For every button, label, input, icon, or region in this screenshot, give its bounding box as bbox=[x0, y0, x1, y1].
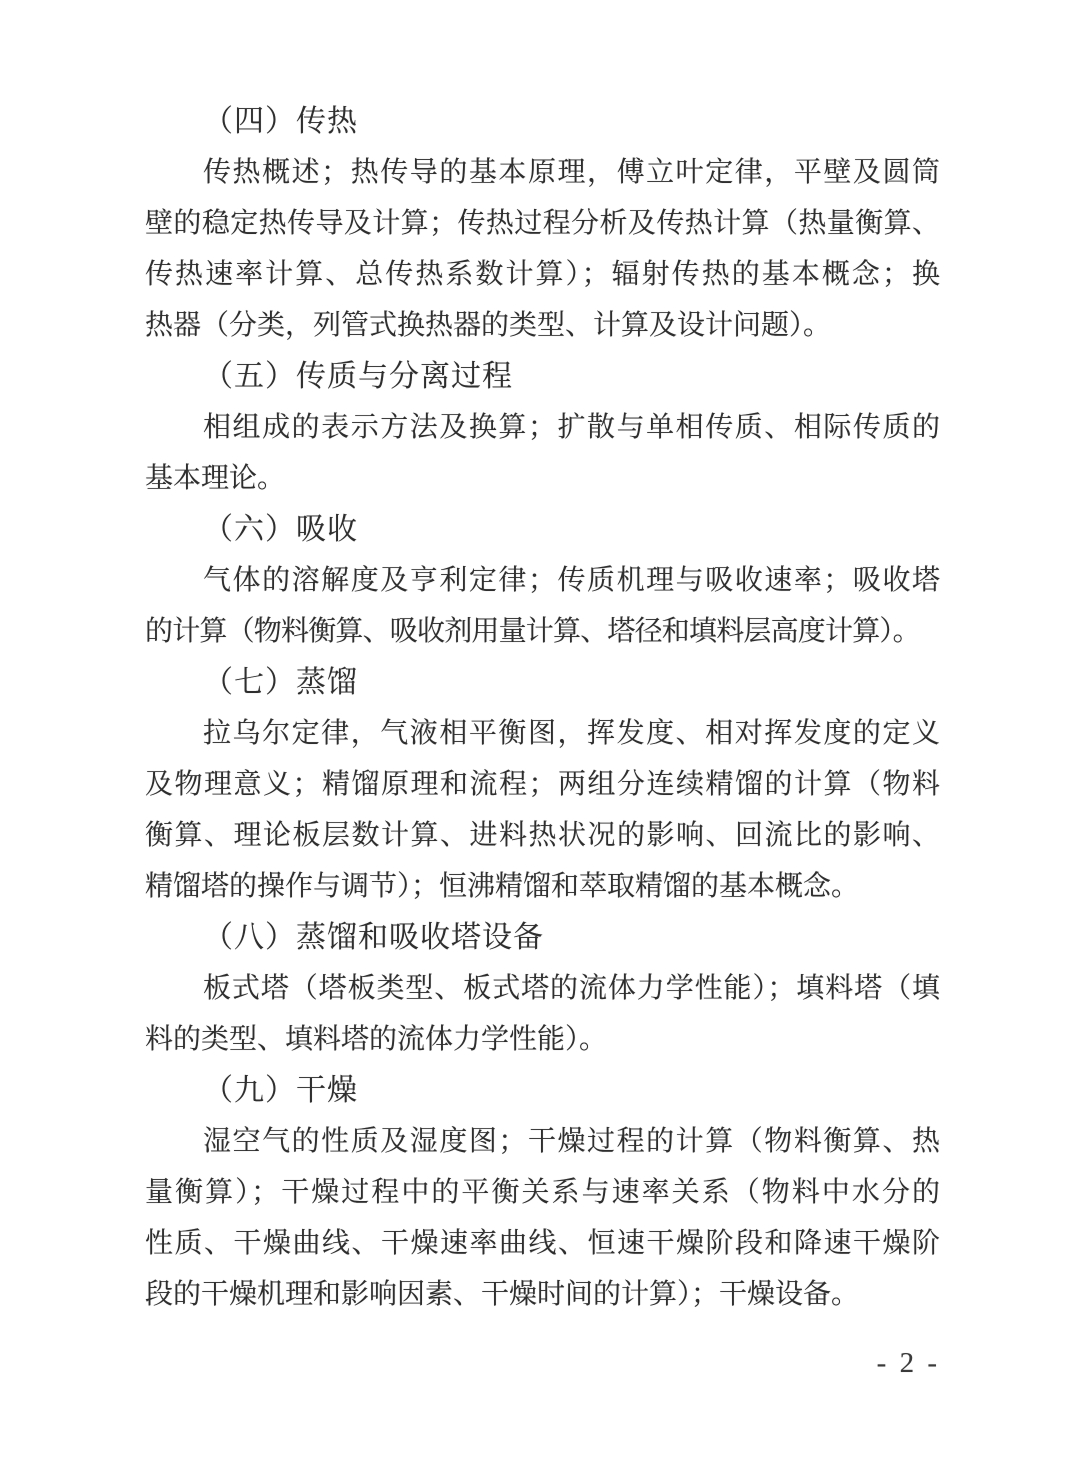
section-heading: （五）传质与分离过程 bbox=[145, 351, 940, 402]
body-line: 拉乌尔定律，气液相平衡图，挥发度、相对挥发度的定义 bbox=[145, 708, 940, 759]
body-line: 段的干燥机理和影响因素、干燥时间的计算）；干燥设备。 bbox=[145, 1269, 940, 1320]
section-heading: （九）干燥 bbox=[145, 1065, 940, 1116]
section-heading: （四）传热 bbox=[145, 96, 940, 147]
text-block: （四）传热 传热概述；热传导的基本原理，傅立叶定律，平壁及圆筒 壁的稳定热传导及… bbox=[145, 96, 940, 1320]
body-line: 板式塔（塔板类型、板式塔的流体力学性能）；填料塔（填 bbox=[145, 963, 940, 1014]
body-line: 传热速率计算、总传热系数计算）；辐射传热的基本概念；换 bbox=[145, 249, 940, 300]
body-line: 湿空气的性质及湿度图；干燥过程的计算（物料衡算、热 bbox=[145, 1116, 940, 1167]
section-absorption: （六）吸收 气体的溶解度及亨利定律；传质机理与吸收速率；吸收塔 的计算（物料衡算… bbox=[145, 504, 940, 657]
body-line: 基本理论。 bbox=[145, 453, 940, 504]
body-line: 料的类型、填料塔的流体力学性能）。 bbox=[145, 1014, 940, 1065]
section-mass-transfer-separation: （五）传质与分离过程 相组成的表示方法及换算；扩散与单相传质、相际传质的 基本理… bbox=[145, 351, 940, 504]
section-heading: （六）吸收 bbox=[145, 504, 940, 555]
section-heat-transfer: （四）传热 传热概述；热传导的基本原理，傅立叶定律，平壁及圆筒 壁的稳定热传导及… bbox=[145, 96, 940, 351]
body-line: 壁的稳定热传导及计算；传热过程分析及传热计算（热量衡算、 bbox=[145, 198, 940, 249]
document-page: （四）传热 传热概述；热传导的基本原理，傅立叶定律，平壁及圆筒 壁的稳定热传导及… bbox=[0, 0, 1080, 1461]
body-line: 衡算、理论板层数计算、进料热状况的影响、回流比的影响、 bbox=[145, 810, 940, 861]
body-line: 精馏塔的操作与调节）；恒沸精馏和萃取精馏的基本概念。 bbox=[145, 861, 940, 912]
page-number: - 2 - bbox=[145, 1338, 940, 1389]
body-line: 量衡算）；干燥过程中的平衡关系与速率关系（物料中水分的 bbox=[145, 1167, 940, 1218]
section-heading: （七）蒸馏 bbox=[145, 657, 940, 708]
body-line: 气体的溶解度及亨利定律；传质机理与吸收速率；吸收塔 bbox=[145, 555, 940, 606]
body-line: 性质、干燥曲线、干燥速率曲线、恒速干燥阶段和降速干燥阶 bbox=[145, 1218, 940, 1269]
section-tower-equipment: （八）蒸馏和吸收塔设备 板式塔（塔板类型、板式塔的流体力学性能）；填料塔（填 料… bbox=[145, 912, 940, 1065]
body-line: 热器（分类，列管式换热器的类型、计算及设计问题）。 bbox=[145, 300, 940, 351]
body-line: 相组成的表示方法及换算；扩散与单相传质、相际传质的 bbox=[145, 402, 940, 453]
section-distillation: （七）蒸馏 拉乌尔定律，气液相平衡图，挥发度、相对挥发度的定义 及物理意义；精馏… bbox=[145, 657, 940, 912]
body-line: 及物理意义；精馏原理和流程；两组分连续精馏的计算（物料 bbox=[145, 759, 940, 810]
section-drying: （九）干燥 湿空气的性质及湿度图；干燥过程的计算（物料衡算、热 量衡算）；干燥过… bbox=[145, 1065, 940, 1320]
body-line: 的计算（物料衡算、吸收剂用量计算、塔径和填料层高度计算）。 bbox=[145, 606, 940, 657]
section-heading: （八）蒸馏和吸收塔设备 bbox=[145, 912, 940, 963]
body-line: 传热概述；热传导的基本原理，傅立叶定律，平壁及圆筒 bbox=[145, 147, 940, 198]
